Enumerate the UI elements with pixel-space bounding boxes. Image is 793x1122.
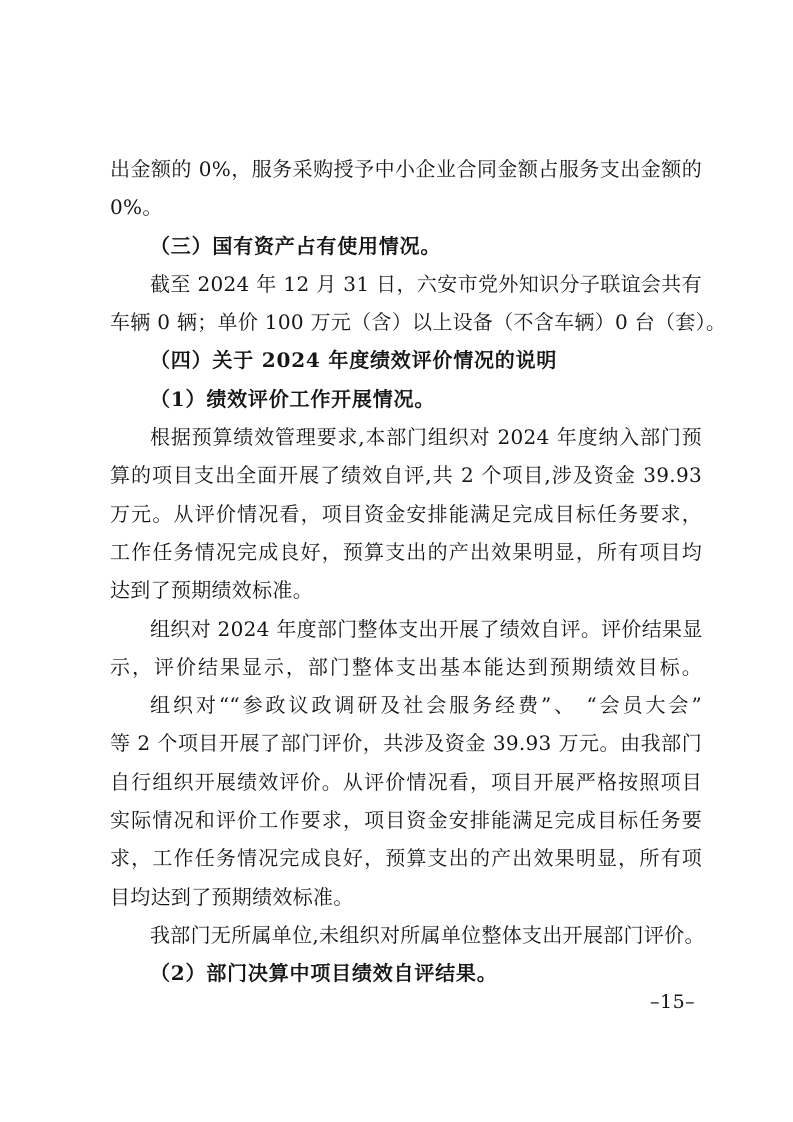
page-number: –15–: [650, 991, 695, 1013]
text-line: 达到了预期绩效标准。: [110, 571, 702, 609]
text-line: 截至 2024 年 12 月 31 日，六安市党外知识分子联谊会共有: [110, 265, 702, 303]
text-line: 实际情况和评价工作要求，项目资金安排能满足完成目标任务要: [110, 801, 702, 839]
text-line: 组织对““参政议政调研及社会服务经费”、 “会员大会”: [110, 686, 702, 724]
text-line: 万元。从评价情况看，项目资金安排能满足完成目标任务要求，: [110, 495, 702, 533]
text-line: 工作任务情况完成良好，预算支出的产出效果明显，所有项目均: [110, 533, 702, 571]
text-line: 示，评价结果显示，部门整体支出基本能达到预期绩效目标。: [110, 648, 702, 686]
heading-line: （2）部门决算中项目绩效自评结果。: [110, 954, 702, 992]
text-line: 车辆 0 辆；单价 100 万元（含）以上设备（不含车辆）0 台（套）。: [110, 303, 702, 341]
heading-line: （四）关于 2024 年度绩效评价情况的说明: [110, 341, 702, 379]
text-line: 根据预算绩效管理要求,本部门组织对 2024 年度纳入部门预: [110, 418, 702, 456]
text-line: 出金额的 0%，服务采购授予中小企业合同金额占服务支出金额的: [110, 150, 702, 188]
document-page: 出金额的 0%，服务采购授予中小企业合同金额占服务支出金额的0%。（三）国有资产…: [0, 0, 793, 1122]
text-block: 出金额的 0%，服务采购授予中小企业合同金额占服务支出金额的0%。（三）国有资产…: [110, 150, 702, 993]
text-line: 我部门无所属单位,未组织对所属单位整体支出开展部门评价。: [110, 916, 702, 954]
heading-line: （1）绩效评价工作开展情况。: [110, 380, 702, 418]
text-line: 等 2 个项目开展了部门评价，共涉及资金 39.93 万元。由我部门: [110, 724, 702, 762]
text-line: 自行组织开展绩效评价。从评价情况看，项目开展严格按照项目: [110, 763, 702, 801]
text-line: 算的项目支出全面开展了绩效自评,共 2 个项目,涉及资金 39.93: [110, 456, 702, 494]
text-line: 目均达到了预期绩效标准。: [110, 878, 702, 916]
heading-line: （三）国有资产占有使用情况。: [110, 227, 702, 265]
text-line: 组织对 2024 年度部门整体支出开展了绩效自评。评价结果显: [110, 610, 702, 648]
text-line: 求，工作任务情况完成良好，预算支出的产出效果明显，所有项: [110, 839, 702, 877]
text-line: 0%。: [110, 188, 702, 226]
